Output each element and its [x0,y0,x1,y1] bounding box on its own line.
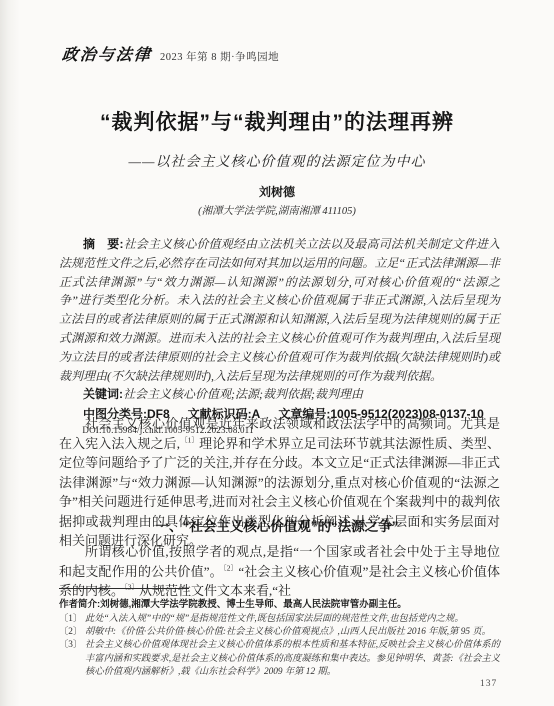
footnote-1: 〔1〕 此处“入法入规”中的“规”是指规范性文件,既包括国家法层面的规范性文件,… [59,613,500,626]
author-affiliation: (湘潭大学法学院,湖南湘潭 411105) [0,203,554,218]
keywords-label: 关键词: [83,387,123,401]
keywords-line: 关键词:社会主义核心价值观;法源;裁判依据;裁判理由 [59,385,500,404]
journal-page: 政治与法律 2023 年第 8 期·争鸣园地 “裁判依据”与“裁判理由”的法理再… [0,0,554,706]
page-number: 137 [480,679,497,689]
abstract-text: 社会主义核心价值观经由立法机关立法以及最高司法机关制定文件进入法规范性文件之后,… [59,237,500,383]
footnote-2-text: 胡敏中:《价值·公共价值·核心价值:社会主义核心价值观视点》,山西人民出版社 2… [85,626,500,639]
article-subtitle: ——以社会主义核心价值观的法源定位为中心 [0,151,554,171]
page-header: 政治与法律 2023 年第 8 期·争鸣园地 [62,42,279,65]
footnotes-block: 〔1〕 此处“入法入规”中的“规”是指规范性文件,既包括国家法层面的规范性文件,… [59,613,500,679]
abstract-paragraph: 摘 要:社会主义核心价值观经由立法机关立法以及最高司法机关制定文件进入法规范性文… [59,235,500,385]
footnote-1-marker: 〔1〕 [59,613,85,626]
footnote-3-marker: 〔3〕 [59,639,85,679]
article-meta-block: 摘 要:社会主义核心价值观经由立法机关立法以及最高司法机关制定文件进入法规范性文… [59,235,500,437]
footnote-1-text: 此处“入法入规”中的“规”是指规范性文件,既包括国家法层面的规范性文件,也包括党… [85,613,500,626]
footnote-3: 〔3〕 社会主义核心价值观体现社会主义核心价值体系的根本性质和基本特征,反映社会… [59,639,500,679]
body-paragraph-2: 所谓核心价值,按照学者的观点,是指“一个国家或者社会中处于主导地位和起支配作用的… [59,542,500,601]
author-name: 刘树德 [0,183,554,200]
body-paragraph-2-wrap: 所谓核心价值,按照学者的观点,是指“一个国家或者社会中处于主导地位和起支配作用的… [59,542,500,601]
author-bio: 作者简介:刘树德,湘潭大学法学院教授、博士生导师、最高人民法院审管办副主任。 [59,598,500,611]
footnote-3-text: 社会主义核心价值观体现社会主义核心价值体系的根本性质和基本特征,反映社会主义核心… [85,639,500,679]
journal-logo: 政治与法律 [61,42,153,65]
footnote-2-marker: 〔2〕 [59,626,85,639]
article-title: “裁判依据”与“裁判理由”的法理再辨 [0,106,554,136]
issue-info: 2023 年第 8 期·争鸣园地 [160,49,279,64]
section-1-heading: 一、“社会主义核心价值观”的“法源之争” [0,515,554,535]
keywords-text: 社会主义核心价值观;法源;裁判依据;裁判理由 [123,387,363,401]
footnote-2: 〔2〕 胡敏中:《价值·公共价值·核心价值:社会主义核心价值观视点》,山西人民出… [59,626,500,639]
footnote-separator [59,588,189,589]
abstract-label: 摘 要: [83,237,123,251]
